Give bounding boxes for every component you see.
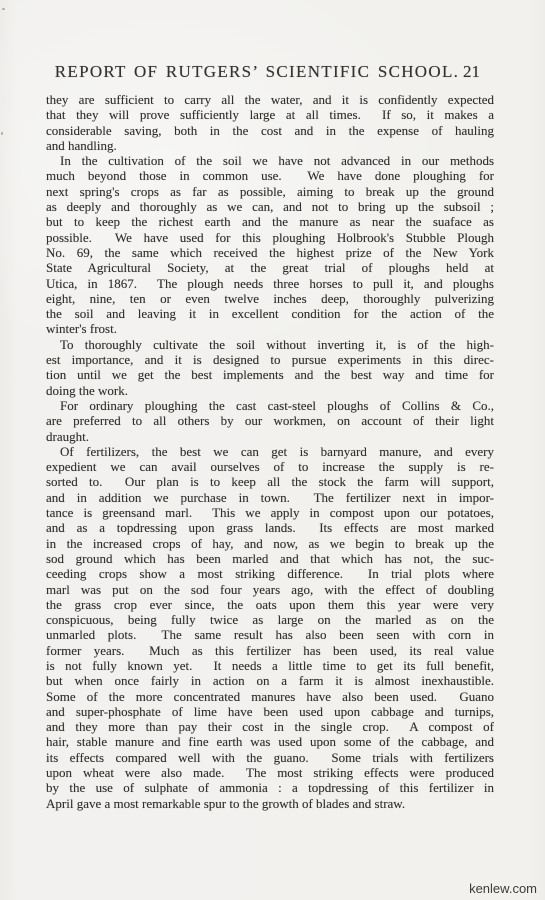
text-line: is not fully known yet. It needs a littl… [46,658,494,673]
text-line: doing the work. [46,383,494,398]
text-line: ceeding crops show a most striking diffe… [46,566,494,581]
text-line: tion until we get the best implements an… [46,367,494,382]
text-line: that they will prove sufficiently large … [46,107,494,122]
watermark: kenlew.com [469,881,537,896]
text-line: the soil and leaving it in excellent con… [46,306,494,321]
text-line: est importance, and it is designed to pu… [46,352,494,367]
text-line: much beyond those in common use. We have… [46,168,494,183]
text-line: winter's frost. [46,321,494,336]
scan-speck [2,8,5,10]
text-line: To thoroughly cultivate the soil without… [46,337,494,352]
paragraph: In the cultivation of the soil we have n… [46,153,494,337]
text-line: former years. Much as this fertilizer ha… [46,643,494,658]
document-page: REPORT OF RUTGERS’ SCIENTIFIC SCHOOL. 21… [0,0,545,900]
document-body: they are sufficient to carry all the wat… [46,92,494,811]
text-line: Utica, in 1867. The plough needs three h… [46,276,494,291]
text-line: expedient we can avail ourselves of to i… [46,459,494,474]
text-line: and as a topdressing upon grass lands. I… [46,520,494,535]
text-line: tance is greensand marl. This we apply i… [46,505,494,520]
text-line: draught. [46,429,494,444]
text-line: marl was put on the sod four years ago, … [46,582,494,597]
text-line: In the cultivation of the soil we have n… [46,153,494,168]
text-line: are preferred to all others by our workm… [46,413,494,428]
text-line: conspicuous, being fully twice as large … [46,612,494,627]
paragraph: Of fertilizers, the best we can get is b… [46,444,494,811]
text-line: but when once fairly in action on a farm… [46,673,494,688]
text-line: considerable saving, both in the cost an… [46,123,494,138]
paragraph: For ordinary ploughing the cast cast-ste… [46,398,494,444]
text-line: April gave a most remarkable spur to the… [46,796,494,811]
scan-speck [1,132,3,135]
text-line: as deeply and thoroughly as we can, and … [46,199,494,214]
text-line: hair, stable manure and fine earth was u… [46,734,494,749]
text-line: and super-phosphate of lime have been us… [46,704,494,719]
text-line: and in addition we purchase in town. The… [46,490,494,505]
text-line: eight, nine, ten or even twelve inches d… [46,291,494,306]
text-line: sod ground which has been marled and tha… [46,551,494,566]
text-line: Some of the more concentrated manures ha… [46,689,494,704]
text-line: in the increased crops of hay, and now, … [46,536,494,551]
text-line: and they more than pay their cost in the… [46,719,494,734]
paragraph: To thoroughly cultivate the soil without… [46,337,494,398]
running-head: REPORT OF RUTGERS’ SCIENTIFIC SCHOOL. 21 [46,62,494,84]
text-line: sorted to. Our plan is to keep all the s… [46,474,494,489]
text-line: they are sufficient to carry all the wat… [46,92,494,107]
text-line: and handling. [46,138,494,153]
text-line: unmarled plots. The same result has also… [46,627,494,642]
text-line: upon wheat were also made. The most stri… [46,765,494,780]
text-line: but to keep the richest earth and the ma… [46,214,494,229]
text-line: by the use of sulphate of ammonia : a to… [46,780,494,795]
text-line: possible. We have used for this ploughin… [46,230,494,245]
running-title: REPORT OF RUTGERS’ SCIENTIFIC SCHOOL. [46,62,468,82]
text-line: For ordinary ploughing the cast cast-ste… [46,398,494,413]
text-line: State Agricultural Society, at the great… [46,260,494,275]
paragraph: they are sufficient to carry all the wat… [46,92,494,153]
text-line: Of fertilizers, the best we can get is b… [46,444,494,459]
page-number: 21 [463,62,480,82]
text-line: next spring's crops as far as possible, … [46,184,494,199]
text-line: No. 69, the same which received the high… [46,245,494,260]
text-line: the grass crop ever since, the oats upon… [46,597,494,612]
text-line: its effects compared well with the guano… [46,750,494,765]
